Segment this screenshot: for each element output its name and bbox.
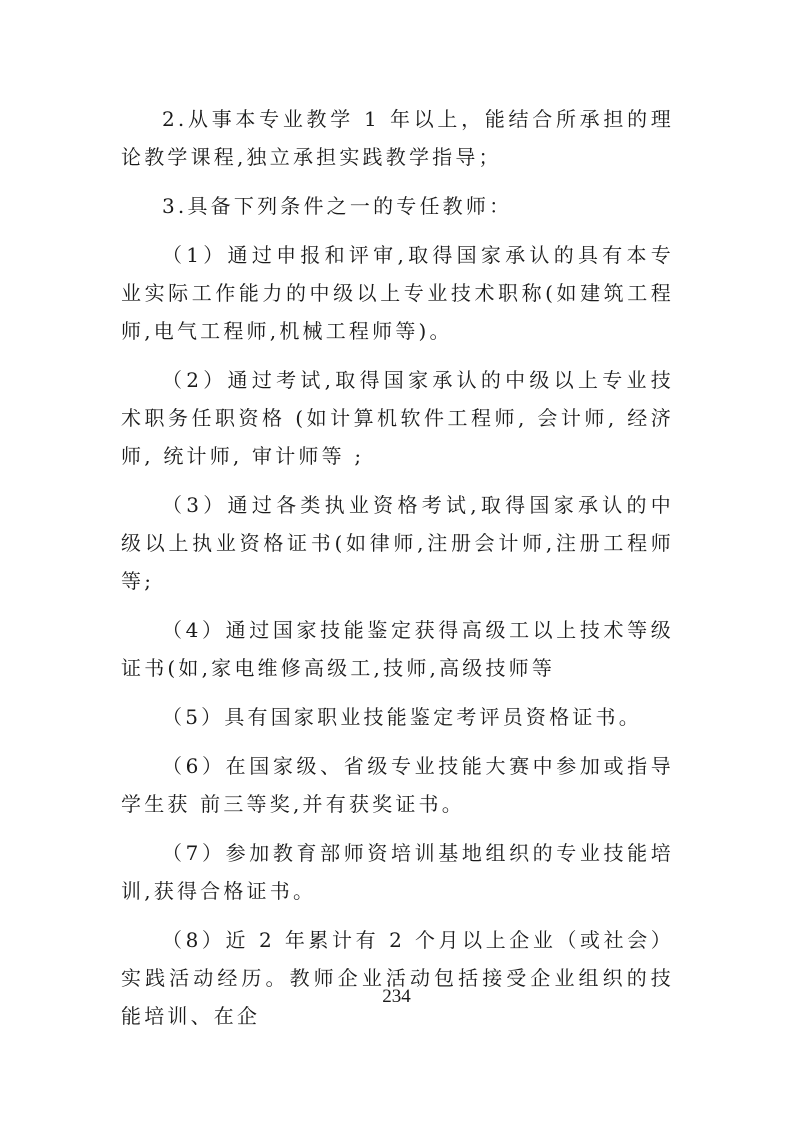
document-body: 2.从事本专业教学 1 年以上，能结合所承担的理论教学课程,独立承担实践教学指导… [121, 100, 674, 1046]
paragraph-sub-3: （3）通过各类执业资格考试,取得国家承认的中级以上执业资格证书(如律师,注册会计… [121, 486, 674, 600]
paragraph-sub-6: （6）在国家级、省级专业技能大赛中参加或指导学生获 前三等奖,并有获奖证书。 [121, 747, 674, 823]
paragraph-sub-7: （7）参加教育部师资培训基地组织的专业技能培训,获得合格证书。 [121, 834, 674, 910]
page-number: 234 [0, 986, 793, 1008]
paragraph-item-3: 3.具备下列条件之一的专任教师： [121, 187, 674, 225]
paragraph-sub-2: （2）通过考试,取得国家承认的中级以上专业技术职务任职资格 (如计算机软件工程师… [121, 361, 674, 475]
paragraph-sub-4: （4）通过国家技能鉴定获得高级工以上技术等级证书(如,家电维修高级工,技师,高级… [121, 611, 674, 687]
paragraph-item-2: 2.从事本专业教学 1 年以上，能结合所承担的理论教学课程,独立承担实践教学指导… [121, 100, 674, 176]
paragraph-sub-8: （8）近 2 年累计有 2 个月以上企业（或社会）实践活动经历。教师企业活动包括… [121, 921, 674, 1035]
paragraph-sub-5: （5）具有国家职业技能鉴定考评员资格证书。 [121, 698, 674, 736]
paragraph-sub-1: （1）通过申报和评审,取得国家承认的具有本专业实际工作能力的中级以上专业技术职称… [121, 236, 674, 350]
